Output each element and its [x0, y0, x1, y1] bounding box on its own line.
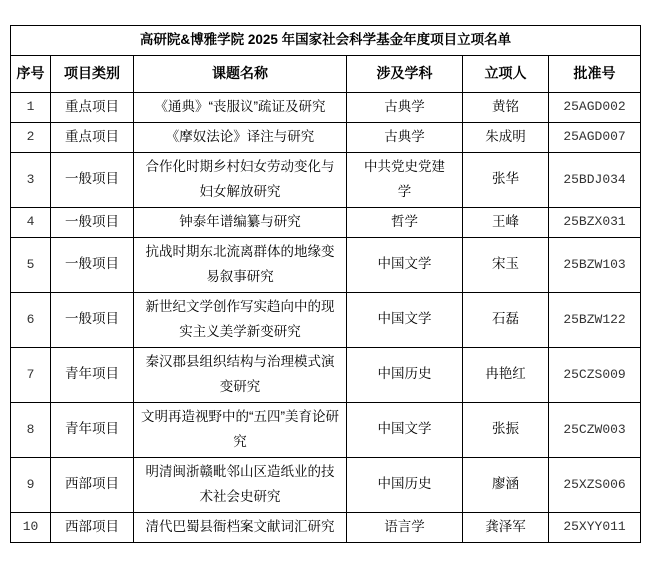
cell-approval-no: 25CZS009: [549, 347, 641, 402]
cell-serial: 10: [11, 512, 51, 542]
cell-category: 一般项目: [51, 292, 134, 347]
cell-approval-no: 25BDJ034: [549, 152, 641, 207]
cell-serial: 5: [11, 237, 51, 292]
cell-title: 钟泰年谱编纂与研究: [134, 207, 347, 237]
cell-category: 青年项目: [51, 402, 134, 457]
cell-discipline: 中共党史党建学: [347, 152, 463, 207]
cell-title: 新世纪文学创作写实趋向中的现实主义美学新变研究: [134, 292, 347, 347]
cell-approval-no: 25BZW103: [549, 237, 641, 292]
table-header-row: 序号 项目类别 课题名称 涉及学科 立项人 批准号: [11, 55, 641, 92]
table-body: 1重点项目《通典》“丧服议”疏证及研究古典学黄铭25AGD0022重点项目《摩奴…: [11, 92, 641, 542]
cell-serial: 6: [11, 292, 51, 347]
cell-approval-no: 25AGD007: [549, 122, 641, 152]
cell-approval-no: 25BZX031: [549, 207, 641, 237]
table-row: 3一般项目合作化时期乡村妇女劳动变化与妇女解放研究中共党史党建学张华25BDJ0…: [11, 152, 641, 207]
header-serial: 序号: [11, 55, 51, 92]
header-person: 立项人: [463, 55, 549, 92]
document-title: 高研院&博雅学院 2025 年国家社会科学基金年度项目立项名单: [11, 26, 641, 56]
cell-category: 重点项目: [51, 92, 134, 122]
table-row: 1重点项目《通典》“丧服议”疏证及研究古典学黄铭25AGD002: [11, 92, 641, 122]
cell-person: 朱成明: [463, 122, 549, 152]
cell-title: 《通典》“丧服议”疏证及研究: [134, 92, 347, 122]
cell-person: 廖涵: [463, 457, 549, 512]
cell-approval-no: 25CZW003: [549, 402, 641, 457]
cell-person: 冉艳红: [463, 347, 549, 402]
cell-title: 文明再造视野中的“五四”美育论研究: [134, 402, 347, 457]
cell-serial: 9: [11, 457, 51, 512]
cell-title: 抗战时期东北流离群体的地缘变易叙事研究: [134, 237, 347, 292]
cell-person: 龚泽军: [463, 512, 549, 542]
project-list-table: 高研院&博雅学院 2025 年国家社会科学基金年度项目立项名单 序号 项目类别 …: [10, 25, 641, 543]
cell-discipline: 中国历史: [347, 457, 463, 512]
cell-serial: 8: [11, 402, 51, 457]
table-row: 8青年项目文明再造视野中的“五四”美育论研究中国文学张振25CZW003: [11, 402, 641, 457]
cell-category: 一般项目: [51, 152, 134, 207]
cell-approval-no: 25AGD002: [549, 92, 641, 122]
table-row: 9西部项目明清闽浙赣毗邻山区造纸业的技术社会史研究中国历史廖涵25XZS006: [11, 457, 641, 512]
cell-serial: 7: [11, 347, 51, 402]
cell-discipline: 哲学: [347, 207, 463, 237]
cell-person: 王峰: [463, 207, 549, 237]
cell-title: 秦汉郡县组织结构与治理模式演变研究: [134, 347, 347, 402]
cell-discipline: 中国历史: [347, 347, 463, 402]
cell-discipline: 古典学: [347, 92, 463, 122]
table-row: 2重点项目《摩奴法论》译注与研究古典学朱成明25AGD007: [11, 122, 641, 152]
header-title: 课题名称: [134, 55, 347, 92]
cell-person: 宋玉: [463, 237, 549, 292]
cell-discipline: 语言学: [347, 512, 463, 542]
table-row: 4一般项目钟泰年谱编纂与研究哲学王峰25BZX031: [11, 207, 641, 237]
table-row: 7青年项目秦汉郡县组织结构与治理模式演变研究中国历史冉艳红25CZS009: [11, 347, 641, 402]
cell-category: 西部项目: [51, 457, 134, 512]
cell-approval-no: 25XYY011: [549, 512, 641, 542]
cell-serial: 3: [11, 152, 51, 207]
cell-approval-no: 25BZW122: [549, 292, 641, 347]
cell-title: 明清闽浙赣毗邻山区造纸业的技术社会史研究: [134, 457, 347, 512]
cell-discipline: 中国文学: [347, 237, 463, 292]
cell-discipline: 中国文学: [347, 292, 463, 347]
cell-discipline: 古典学: [347, 122, 463, 152]
cell-category: 一般项目: [51, 237, 134, 292]
cell-person: 张华: [463, 152, 549, 207]
table-title-row: 高研院&博雅学院 2025 年国家社会科学基金年度项目立项名单: [11, 26, 641, 56]
cell-serial: 4: [11, 207, 51, 237]
cell-title: 清代巴蜀县衙档案文献词汇研究: [134, 512, 347, 542]
header-category: 项目类别: [51, 55, 134, 92]
cell-title: 《摩奴法论》译注与研究: [134, 122, 347, 152]
cell-serial: 1: [11, 92, 51, 122]
table-row: 6一般项目新世纪文学创作写实趋向中的现实主义美学新变研究中国文学石磊25BZW1…: [11, 292, 641, 347]
table-row: 5一般项目抗战时期东北流离群体的地缘变易叙事研究中国文学宋玉25BZW103: [11, 237, 641, 292]
document-page: { "title": "高研院&博雅学院 2025 年国家社会科学基金年度项目立…: [0, 0, 648, 561]
header-approval-no: 批准号: [549, 55, 641, 92]
cell-person: 黄铭: [463, 92, 549, 122]
cell-category: 西部项目: [51, 512, 134, 542]
cell-category: 一般项目: [51, 207, 134, 237]
cell-person: 张振: [463, 402, 549, 457]
cell-person: 石磊: [463, 292, 549, 347]
cell-serial: 2: [11, 122, 51, 152]
cell-category: 重点项目: [51, 122, 134, 152]
cell-discipline: 中国文学: [347, 402, 463, 457]
cell-category: 青年项目: [51, 347, 134, 402]
header-discipline: 涉及学科: [347, 55, 463, 92]
cell-approval-no: 25XZS006: [549, 457, 641, 512]
table-row: 10西部项目清代巴蜀县衙档案文献词汇研究语言学龚泽军25XYY011: [11, 512, 641, 542]
cell-title: 合作化时期乡村妇女劳动变化与妇女解放研究: [134, 152, 347, 207]
